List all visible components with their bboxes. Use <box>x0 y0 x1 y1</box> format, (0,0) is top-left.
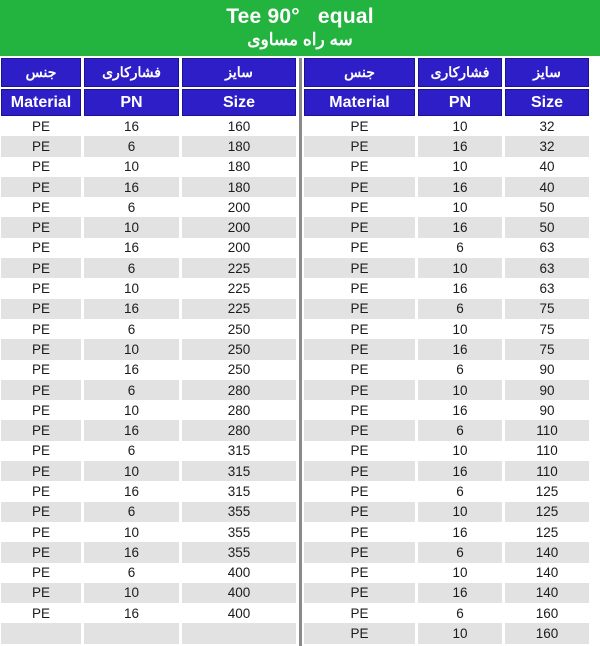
table-row <box>1 623 296 643</box>
cell-pn: 10 <box>418 258 502 278</box>
cell-pn: 16 <box>84 360 179 380</box>
header-material-en: Material <box>304 89 415 116</box>
cell-material: PE <box>304 400 415 420</box>
header-material-en: Material <box>1 89 81 116</box>
header-material-fa: جنس <box>304 58 415 87</box>
cell-size: 63 <box>505 258 589 278</box>
cell-material: PE <box>304 603 415 623</box>
cell-material: PE <box>304 319 415 339</box>
cell-material: PE <box>1 299 81 319</box>
cell-size: 280 <box>182 400 296 420</box>
cell-material: PE <box>1 319 81 339</box>
cell-size: 400 <box>182 603 296 623</box>
cell-pn: 16 <box>84 177 179 197</box>
cell-size: 180 <box>182 177 296 197</box>
cell-size: 280 <box>182 420 296 440</box>
cell-size: 200 <box>182 238 296 258</box>
table-row: PE16200 <box>1 238 296 258</box>
header-size-fa: سایز <box>505 58 589 87</box>
cell-pn: 10 <box>418 380 502 400</box>
table-row: PE6110 <box>304 420 589 440</box>
table-divider <box>296 58 304 646</box>
table-row: PE16140 <box>304 583 589 603</box>
cell-size: 250 <box>182 339 296 359</box>
cell-size: 32 <box>505 136 589 156</box>
cell-pn: 6 <box>84 197 179 217</box>
cell-size: 355 <box>182 542 296 562</box>
cell-pn: 16 <box>418 278 502 298</box>
header-size-en: Size <box>182 89 296 116</box>
cell-material: PE <box>304 299 415 319</box>
cell-material: PE <box>1 420 81 440</box>
cell-size: 180 <box>182 157 296 177</box>
cell-size: 90 <box>505 360 589 380</box>
cell-size: 200 <box>182 217 296 237</box>
cell-pn: 16 <box>418 177 502 197</box>
table-row: PE10225 <box>1 278 296 298</box>
cell-material: PE <box>1 197 81 217</box>
cell-pn: 10 <box>418 319 502 339</box>
table-row: PE1663 <box>304 278 589 298</box>
cell-size: 160 <box>505 603 589 623</box>
cell-pn: 6 <box>418 603 502 623</box>
cell-size: 110 <box>505 441 589 461</box>
cell-size: 250 <box>182 360 296 380</box>
table-row: PE10280 <box>1 400 296 420</box>
cell-material: PE <box>1 238 81 258</box>
cell-material: PE <box>304 278 415 298</box>
table-row: PE6125 <box>304 481 589 501</box>
table-row: PE10400 <box>1 583 296 603</box>
cell-pn: 10 <box>84 461 179 481</box>
cell-size: 32 <box>505 116 589 136</box>
cell-pn: 10 <box>84 583 179 603</box>
table-row: PE6315 <box>1 441 296 461</box>
header-material-fa: جنس <box>1 58 81 87</box>
cell-size: 125 <box>505 481 589 501</box>
header-pn-fa: فشارکاری <box>418 58 502 87</box>
cell-size: 110 <box>505 420 589 440</box>
cell-size: 250 <box>182 319 296 339</box>
cell-material: PE <box>1 603 81 623</box>
cell-size <box>182 623 296 643</box>
cell-size: 400 <box>182 583 296 603</box>
table-row: PE6355 <box>1 502 296 522</box>
cell-material: PE <box>304 238 415 258</box>
left-header-row-english: Material PN Size <box>1 89 296 116</box>
cell-material: PE <box>304 116 415 136</box>
cell-pn: 6 <box>84 563 179 583</box>
cell-material: PE <box>1 380 81 400</box>
table-row: PE690 <box>304 360 589 380</box>
header-pn-en: PN <box>418 89 502 116</box>
cell-pn: 16 <box>84 299 179 319</box>
table-row: PE6250 <box>1 319 296 339</box>
cell-material: PE <box>1 441 81 461</box>
cell-pn: 16 <box>418 583 502 603</box>
table-row: PE16280 <box>1 420 296 440</box>
cell-material: PE <box>1 522 81 542</box>
cell-pn: 16 <box>418 217 502 237</box>
table-row: PE1032 <box>304 116 589 136</box>
cell-size: 90 <box>505 380 589 400</box>
cell-material: PE <box>1 217 81 237</box>
cell-size: 160 <box>182 116 296 136</box>
table-row: PE16400 <box>1 603 296 623</box>
table-row: PE6160 <box>304 603 589 623</box>
cell-material <box>1 623 81 643</box>
cell-pn: 16 <box>84 481 179 501</box>
cell-material: PE <box>304 258 415 278</box>
cell-pn: 10 <box>84 278 179 298</box>
cell-material: PE <box>1 157 81 177</box>
table-row: PE6225 <box>1 258 296 278</box>
tables-section: جنس فشارکاری سایز Material PN Size PE161… <box>0 58 600 646</box>
table-row: PE6140 <box>304 542 589 562</box>
cell-pn: 10 <box>84 157 179 177</box>
cell-material: PE <box>304 461 415 481</box>
cell-pn: 16 <box>84 542 179 562</box>
table-row: PE1050 <box>304 197 589 217</box>
table-row: PE675 <box>304 299 589 319</box>
title-english: Tee 90° equal <box>0 5 600 29</box>
cell-pn: 10 <box>418 157 502 177</box>
table-row: PE1675 <box>304 339 589 359</box>
cell-material: PE <box>304 481 415 501</box>
table-row: PE16110 <box>304 461 589 481</box>
table-row: PE1090 <box>304 380 589 400</box>
cell-pn: 10 <box>84 522 179 542</box>
right-header-row-english: Material PN Size <box>304 89 589 116</box>
cell-material: PE <box>304 157 415 177</box>
cell-pn: 6 <box>418 542 502 562</box>
cell-size: 50 <box>505 197 589 217</box>
cell-material: PE <box>1 360 81 380</box>
cell-size: 225 <box>182 299 296 319</box>
catalog-table-page: Tee 90° equal سه راه مساوی جنس فشارکاری … <box>0 0 600 646</box>
cell-size: 225 <box>182 278 296 298</box>
cell-size: 75 <box>505 319 589 339</box>
cell-material: PE <box>304 522 415 542</box>
table-row: PE10160 <box>304 623 589 643</box>
table-row: PE6400 <box>1 563 296 583</box>
cell-material: PE <box>304 420 415 440</box>
cell-pn: 16 <box>418 461 502 481</box>
table-row: PE10315 <box>1 461 296 481</box>
cell-size: 355 <box>182 522 296 542</box>
cell-pn: 10 <box>418 441 502 461</box>
cell-size: 40 <box>505 157 589 177</box>
header-size-fa: سایز <box>182 58 296 87</box>
cell-size: 280 <box>182 380 296 400</box>
header-pn-fa: فشارکاری <box>84 58 179 87</box>
cell-material: PE <box>304 380 415 400</box>
cell-pn: 6 <box>84 502 179 522</box>
table-row: PE6280 <box>1 380 296 400</box>
cell-material: PE <box>304 563 415 583</box>
cell-size: 200 <box>182 197 296 217</box>
cell-material: PE <box>304 217 415 237</box>
cell-pn: 16 <box>418 400 502 420</box>
cell-pn: 10 <box>418 502 502 522</box>
cell-pn: 6 <box>84 136 179 156</box>
cell-pn <box>84 623 179 643</box>
cell-size: 125 <box>505 502 589 522</box>
cell-pn: 10 <box>418 623 502 643</box>
cell-material: PE <box>1 461 81 481</box>
cell-material: PE <box>304 542 415 562</box>
cell-material: PE <box>1 563 81 583</box>
cell-pn: 16 <box>84 238 179 258</box>
table-row: PE16125 <box>304 522 589 542</box>
right-table-body: PE1032PE1632PE1040PE1640PE1050PE1650PE66… <box>304 116 589 644</box>
cell-material: PE <box>304 441 415 461</box>
cell-material: PE <box>304 339 415 359</box>
cell-pn: 16 <box>418 522 502 542</box>
cell-material: PE <box>304 583 415 603</box>
cell-size: 110 <box>505 461 589 481</box>
table-row: PE16180 <box>1 177 296 197</box>
table-row: PE6200 <box>1 197 296 217</box>
cell-size: 75 <box>505 339 589 359</box>
cell-size: 315 <box>182 481 296 501</box>
cell-size: 50 <box>505 217 589 237</box>
cell-material: PE <box>304 197 415 217</box>
cell-pn: 6 <box>418 481 502 501</box>
cell-pn: 6 <box>84 441 179 461</box>
cell-material: PE <box>304 623 415 643</box>
cell-material: PE <box>304 360 415 380</box>
cell-size: 90 <box>505 400 589 420</box>
cell-material: PE <box>1 502 81 522</box>
cell-material: PE <box>1 258 81 278</box>
cell-size: 400 <box>182 563 296 583</box>
cell-pn: 16 <box>84 603 179 623</box>
table-row: PE10355 <box>1 522 296 542</box>
cell-size: 63 <box>505 278 589 298</box>
table-row: PE1640 <box>304 177 589 197</box>
cell-size: 63 <box>505 238 589 258</box>
table-row: PE10140 <box>304 563 589 583</box>
table-row: PE6180 <box>1 136 296 156</box>
right-header-row-persian: جنس فشارکاری سایز <box>304 58 589 87</box>
table-row: PE10110 <box>304 441 589 461</box>
table-row: PE1632 <box>304 136 589 156</box>
cell-material: PE <box>304 502 415 522</box>
cell-size: 180 <box>182 136 296 156</box>
cell-pn: 10 <box>418 563 502 583</box>
cell-pn: 6 <box>84 380 179 400</box>
cell-material: PE <box>1 116 81 136</box>
cell-material: PE <box>1 177 81 197</box>
cell-material: PE <box>1 339 81 359</box>
table-row: PE1040 <box>304 157 589 177</box>
cell-material: PE <box>1 542 81 562</box>
table-row: PE663 <box>304 238 589 258</box>
table-row: PE1690 <box>304 400 589 420</box>
cell-material: PE <box>1 481 81 501</box>
cell-size: 160 <box>505 623 589 643</box>
cell-size: 140 <box>505 583 589 603</box>
table-row: PE16225 <box>1 299 296 319</box>
cell-material: PE <box>1 278 81 298</box>
cell-size: 75 <box>505 299 589 319</box>
cell-pn: 10 <box>418 197 502 217</box>
cell-material: PE <box>1 400 81 420</box>
cell-pn: 6 <box>418 238 502 258</box>
cell-pn: 16 <box>418 136 502 156</box>
table-row: PE1063 <box>304 258 589 278</box>
cell-size: 225 <box>182 258 296 278</box>
cell-size: 40 <box>505 177 589 197</box>
table-row: PE10200 <box>1 217 296 237</box>
table-row: PE10250 <box>1 339 296 359</box>
cell-size: 315 <box>182 441 296 461</box>
cell-pn: 6 <box>418 420 502 440</box>
cell-pn: 10 <box>84 400 179 420</box>
cell-material: PE <box>304 136 415 156</box>
table-row: PE1650 <box>304 217 589 237</box>
cell-pn: 10 <box>418 116 502 136</box>
cell-material: PE <box>1 136 81 156</box>
cell-pn: 10 <box>84 339 179 359</box>
cell-size: 140 <box>505 542 589 562</box>
table-row: PE1075 <box>304 319 589 339</box>
left-header-row-persian: جنس فشارکاری سایز <box>1 58 296 87</box>
table-row: PE16315 <box>1 481 296 501</box>
left-table: جنس فشارکاری سایز Material PN Size PE161… <box>1 58 296 646</box>
table-row: PE16355 <box>1 542 296 562</box>
table-row: PE10180 <box>1 157 296 177</box>
cell-pn: 16 <box>418 339 502 359</box>
title-persian: سه راه مساوی <box>0 29 600 51</box>
cell-pn: 16 <box>84 116 179 136</box>
cell-pn: 10 <box>84 217 179 237</box>
table-row: PE10125 <box>304 502 589 522</box>
header-size-en: Size <box>505 89 589 116</box>
cell-material: PE <box>1 583 81 603</box>
right-table: جنس فشارکاری سایز Material PN Size PE103… <box>304 58 589 646</box>
cell-pn: 6 <box>418 360 502 380</box>
table-row: PE16250 <box>1 360 296 380</box>
cell-size: 140 <box>505 563 589 583</box>
cell-pn: 6 <box>418 299 502 319</box>
cell-pn: 6 <box>84 258 179 278</box>
cell-size: 125 <box>505 522 589 542</box>
cell-size: 355 <box>182 502 296 522</box>
divider-line <box>299 58 302 646</box>
left-table-body: PE16160PE6180PE10180PE16180PE6200PE10200… <box>1 116 296 644</box>
title-banner: Tee 90° equal سه راه مساوی <box>0 0 600 56</box>
header-pn-en: PN <box>84 89 179 116</box>
cell-pn: 16 <box>84 420 179 440</box>
cell-material: PE <box>304 177 415 197</box>
cell-size: 315 <box>182 461 296 481</box>
cell-pn: 6 <box>84 319 179 339</box>
table-row: PE16160 <box>1 116 296 136</box>
